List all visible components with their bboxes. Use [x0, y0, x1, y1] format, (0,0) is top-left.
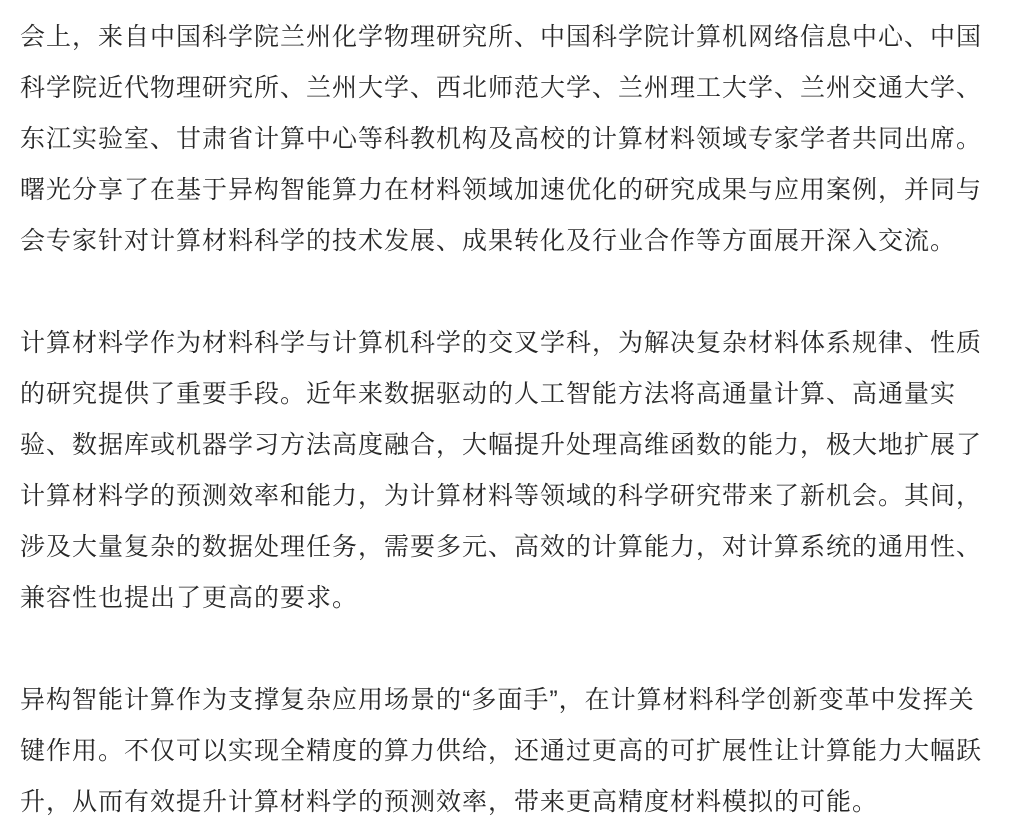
text-line: 兼容性也提出了更高的要求。 [20, 573, 1005, 624]
text-line: 会上，来自中国科学院兰州化学物理研究所、中国科学院计算机网络信息中心、中国 [20, 12, 1005, 63]
text-line: 的研究提供了重要手段。近年来数据驱动的人工智能方法将高通量计算、高通量实 [20, 369, 1005, 420]
text-line: 涉及大量复杂的数据处理任务，需要多元、高效的计算能力，对计算系统的通用性、 [20, 522, 1005, 573]
text-line: 验、数据库或机器学习方法高度融合，大幅提升处理高维函数的能力，极大地扩展了 [20, 420, 1005, 471]
text-line: 会专家针对计算材料科学的技术发展、成果转化及行业合作等方面展开深入交流。 [20, 216, 1005, 267]
text-line: 曙光分享了在基于异构智能算力在材料领域加速优化的研究成果与应用案例，并同与 [20, 165, 1005, 216]
text-line: 计算材料学作为材料科学与计算机科学的交叉学科，为解决复杂材料体系规律、性质 [20, 318, 1005, 369]
paragraph-computational-materials: 计算材料学作为材料科学与计算机科学的交叉学科，为解决复杂材料体系规律、性质 的研… [20, 318, 1005, 624]
text-line: 升，从而有效提升计算材料学的预测效率，带来更高精度材料模拟的可能。 [20, 777, 1005, 828]
paragraph-heterogeneous-computing: 异构智能计算作为支撑复杂应用场景的“多面手”，在计算材料科学创新变革中发挥关 键… [20, 675, 1005, 828]
paragraph-attendees: 会上，来自中国科学院兰州化学物理研究所、中国科学院计算机网络信息中心、中国 科学… [20, 12, 1005, 267]
text-line: 科学院近代物理研究所、兰州大学、西北师范大学、兰州理工大学、兰州交通大学、 [20, 63, 1005, 114]
article-body: 会上，来自中国科学院兰州化学物理研究所、中国科学院计算机网络信息中心、中国 科学… [0, 0, 1023, 834]
text-line: 计算材料学的预测效率和能力，为计算材料等领域的科学研究带来了新机会。其间， [20, 471, 1005, 522]
text-line: 键作用。不仅可以实现全精度的算力供给，还通过更高的可扩展性让计算能力大幅跃 [20, 726, 1005, 777]
text-line: 异构智能计算作为支撑复杂应用场景的“多面手”，在计算材料科学创新变革中发挥关 [20, 675, 1005, 726]
text-line: 东江实验室、甘肃省计算中心等科教机构及高校的计算材料领域专家学者共同出席。 [20, 114, 1005, 165]
